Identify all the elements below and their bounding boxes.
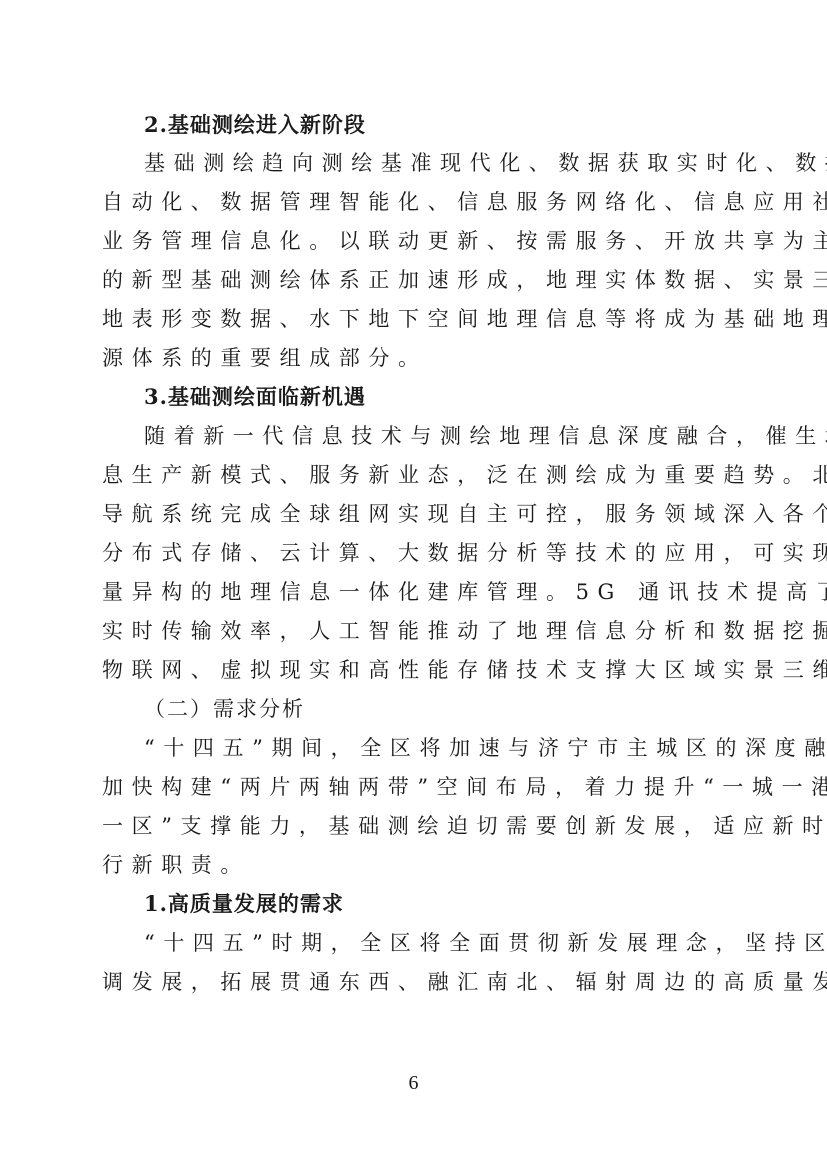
paragraph-line: 加快构建“两片两轴两带”空间布局，着力提升“一城一港一园 [102,772,732,802]
paragraph-line: 行新职责。 [102,850,732,880]
paragraph-line: 源体系的重要组成部分。 [102,343,732,373]
paragraph-line: 息生产新模式、服务新业态，泛在测绘成为重要趋势。北斗卫星 [102,460,732,490]
document-page: 2.基础测绘进入新阶段 基础测绘趋向测绘基准现代化、数据获取实时化、数据处理 自… [0,0,827,1169]
page-number: 6 [0,1072,827,1095]
paragraph-line: 自动化、数据管理智能化、信息服务网络化、信息应用社会化、 [102,187,732,217]
paragraph-line: 物联网、虚拟现实和高性能存储技术支撑大区域实景三维建设。 [102,655,732,685]
section-heading-2: 2.基础测绘进入新阶段 [144,110,734,140]
paragraph-line: 一区”支撑能力，基础测绘迫切需要创新发展，适应新时代、履 [102,811,732,841]
paragraph-line: 基础测绘趋向测绘基准现代化、数据获取实时化、数据处理 [144,148,734,178]
paragraph-line: 的新型基础测绘体系正加速形成，地理实体数据、实景三维模型、 [102,265,732,295]
paragraph-line: 调发展，拓展贯通东西、融汇南北、辐射周边的高质量发展新空 [102,967,732,997]
paragraph-line: “十四五”时期，全区将全面贯彻新发展理念，坚持区域协 [144,928,734,958]
paragraph-line: 量异构的地理信息一体化建库管理。5G 通讯技术提高了地理数据 [102,577,732,607]
paragraph-line: 导航系统完成全球组网实现自主可控，服务领域深入各个行业。 [102,499,732,529]
paragraph-line: “十四五”期间，全区将加速与济宁市主城区的深度融合， [144,733,734,763]
section-heading-1: 1.高质量发展的需求 [144,889,734,919]
paragraph-line: 地表形变数据、水下地下空间地理信息等将成为基础地理信息资 [102,304,732,334]
subsection-heading-demand-analysis: （二）需求分析 [144,694,734,724]
paragraph-line: 随着新一代信息技术与测绘地理信息深度融合，催生地理信 [144,421,734,451]
paragraph-line: 分布式存储、云计算、大数据分析等技术的应用，可实现多源海 [102,538,732,568]
section-heading-3: 3.基础测绘面临新机遇 [144,382,734,412]
paragraph-line: 业务管理信息化。以联动更新、按需服务、开放共享为主要特征 [102,226,732,256]
paragraph-line: 实时传输效率，人工智能推动了地理信息分析和数据挖掘能力， [102,616,732,646]
